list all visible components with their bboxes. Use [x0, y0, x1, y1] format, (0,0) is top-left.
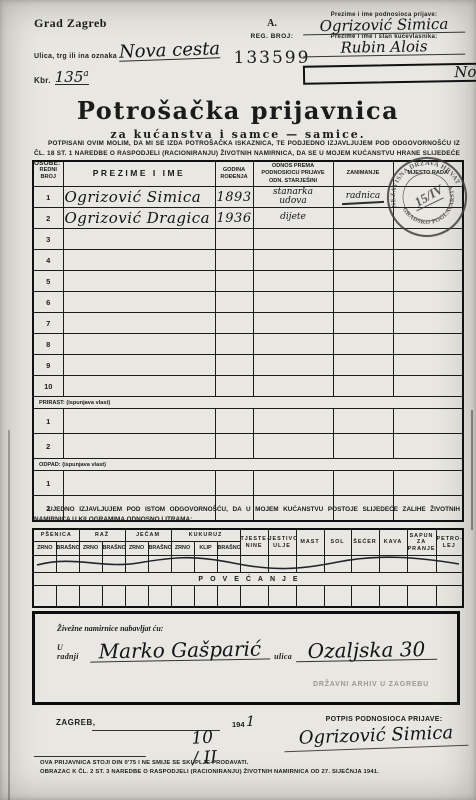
year-handwritten: 1 — [246, 714, 255, 730]
supplies-table: PŠENICA RAŽ JEČAM KUKURUZ TJESTE- NINE J… — [32, 528, 464, 608]
relation-cell: dijete — [253, 208, 333, 229]
supply-cell — [171, 556, 194, 573]
kbr-label: Kbr. — [34, 76, 51, 85]
name-cell — [63, 376, 215, 397]
row-number: 2 — [33, 208, 63, 229]
name-cell — [63, 292, 215, 313]
occupation-cell — [333, 376, 393, 397]
name-cell — [63, 409, 215, 434]
relation-cell — [253, 313, 333, 334]
name-cell — [63, 355, 215, 376]
supply-cell — [436, 556, 463, 573]
household-row-9: 9 — [33, 355, 463, 376]
sub-brasno: BRAŠNO — [102, 542, 125, 556]
occupation-cell — [333, 229, 393, 250]
supply-cell — [324, 556, 351, 573]
supply-cell — [268, 586, 296, 608]
name-cell: Ogrizović Dragica — [63, 208, 215, 229]
occupation-cell — [333, 409, 393, 434]
occupation-cell — [333, 208, 393, 229]
povecanje-label: POVEĆANJE — [33, 573, 463, 586]
year-cell — [215, 292, 253, 313]
sub-zrno: ZRNO — [171, 542, 194, 556]
col-jecam: JEČAM — [125, 529, 171, 542]
supply-cell — [240, 556, 268, 573]
row-number: 7 — [33, 313, 63, 334]
sub-brasno: BRAŠNO — [217, 542, 240, 556]
supply-cell — [148, 556, 171, 573]
year-cell — [215, 471, 253, 496]
scanned-form: Grad Zagreb Ulica, trg ili ina oznaka No… — [0, 0, 476, 800]
supply-cell — [296, 556, 324, 573]
supply-cell — [217, 556, 240, 573]
supply-cell — [351, 556, 379, 573]
household-row-5: 5 — [33, 271, 463, 292]
supplies-data-row-1 — [33, 556, 463, 573]
row-number: 10 — [33, 376, 63, 397]
supply-cell — [379, 556, 407, 573]
supplies-data-row-2 — [33, 586, 463, 608]
occupation-cell — [333, 313, 393, 334]
landlord-address-handwritten: Nova cesta 135 a — [303, 58, 476, 85]
fineprint-line-1: OVA PRIJAVNICA STOJI DIN 0'75 I NE SMIJE… — [40, 760, 249, 766]
relation-cell — [253, 229, 333, 250]
sub-brasno: BRAŠNO — [148, 542, 171, 556]
odpad-band: ODPAD: (ispunjava vlast) — [33, 459, 463, 471]
supply-cell — [148, 586, 171, 608]
shop-line: U radnji Marko Gašparić ulica Ozaljska 3… — [57, 640, 437, 661]
year-cell — [215, 334, 253, 355]
work-cell — [393, 376, 463, 397]
year-cell: 1936 — [215, 208, 253, 229]
prirast-row-2: 2 — [33, 434, 463, 459]
odpad-row-1: 1 — [33, 471, 463, 496]
col-secer: ŠEĆER — [351, 529, 379, 556]
work-cell — [393, 313, 463, 334]
prirast-row-1: 1 — [33, 409, 463, 434]
col-jestivo-ulje: JESTIVO ULJE — [268, 529, 296, 556]
name-cell — [63, 471, 215, 496]
row-number: 3 — [33, 229, 63, 250]
supply-cell — [102, 556, 125, 573]
street-row: Ulica, trg ili ina oznaka Nova cesta — [34, 43, 234, 60]
supply-cell — [268, 556, 296, 573]
shop-name-handwritten: Marko Gašparić — [90, 638, 270, 662]
supply-cell — [33, 586, 56, 608]
col-odnos: ODNOS PREMA PODNOSIOCU PRIJAVE ODN. STAR… — [253, 161, 333, 187]
fineprint-line-2: OBRAZAC K ČL. 2 ST. 3 NAREDBE O RASPODJE… — [40, 769, 379, 775]
name-cell — [63, 229, 215, 250]
year-cell — [215, 434, 253, 459]
povecanje-band: POVEĆANJE — [33, 573, 463, 586]
supply-cell — [436, 586, 463, 608]
prirast-band: PRIRAST: (ispunjava vlast) — [33, 397, 463, 409]
year-printed: 194 — [232, 720, 245, 729]
occupation-cell — [333, 355, 393, 376]
household-row-6: 6 — [33, 292, 463, 313]
ulica-label: ulica — [274, 652, 292, 661]
year-cell — [215, 271, 253, 292]
supply-cell — [33, 556, 56, 573]
year-cell — [215, 229, 253, 250]
sub-klip: KLIP — [194, 542, 217, 556]
name-cell — [63, 313, 215, 334]
supply-cell — [351, 586, 379, 608]
supply-cell — [407, 556, 436, 573]
street-label: Ulica, trg ili ina oznaka — [34, 53, 117, 60]
row-number: 6 — [33, 292, 63, 313]
supply-cell — [407, 586, 436, 608]
supply-cell — [217, 586, 240, 608]
shop-box-title: Živežne namirnice nabavljat ću: — [57, 624, 163, 633]
supply-cell — [324, 586, 351, 608]
relation-cell — [253, 376, 333, 397]
occupation-cell — [333, 434, 393, 459]
odpad-label: ODPAD: (ispunjava vlast) — [33, 459, 463, 471]
work-cell — [393, 292, 463, 313]
occupation-cell — [333, 250, 393, 271]
supplies-declaration: UJEDNO IZJAVLJUJEM POD ISTOM ODGOVORNOŠĆ… — [34, 505, 460, 524]
col-kava: KAVA — [379, 529, 407, 556]
col-godina-rodjenja: GODINA ROĐENJA — [215, 161, 253, 187]
col-redni-broj: REDNI BROJ — [33, 161, 63, 187]
shop-street-handwritten: Ozaljska 30 — [296, 639, 437, 662]
place-label: ZAGREB, — [56, 718, 96, 727]
relation-cell — [253, 292, 333, 313]
year-cell — [215, 376, 253, 397]
supply-cell — [79, 556, 102, 573]
col-tjestenine: TJESTE- NINE — [240, 529, 268, 556]
prirast-label: PRIRAST: (ispunjava vlast) — [33, 397, 463, 409]
name-cell — [63, 271, 215, 292]
street-handwritten: Nova cesta — [119, 41, 221, 62]
supply-cell — [125, 586, 148, 608]
occupation-cell — [333, 471, 393, 496]
col-petrolej: PETRO- LEJ — [436, 529, 463, 556]
supply-cell — [79, 586, 102, 608]
relation-cell — [253, 355, 333, 376]
work-cell — [393, 271, 463, 292]
supply-cell — [171, 586, 194, 608]
work-cell — [393, 334, 463, 355]
col-kukuruz: KUKURUZ — [171, 529, 240, 542]
sub-zrno: ZRNO — [79, 542, 102, 556]
col-prezime-ime: PREZIME I IME — [63, 161, 215, 187]
name-cell — [63, 334, 215, 355]
supply-cell — [379, 586, 407, 608]
relation-cell — [253, 271, 333, 292]
col-psenica: PŠENICA — [33, 529, 79, 542]
date-underline: 10 / II — [92, 730, 220, 731]
work-cell — [393, 355, 463, 376]
col-sol: SOL — [324, 529, 351, 556]
sub-zrno: ZRNO — [33, 542, 56, 556]
occupation-cell — [333, 334, 393, 355]
row-number: 1 — [33, 409, 63, 434]
kbr-handwritten: 135a — [55, 68, 89, 85]
supply-cell — [194, 556, 217, 573]
city-name: Grad Zagreb — [34, 16, 234, 31]
col-raz: RAŽ — [79, 529, 125, 542]
name-cell — [63, 434, 215, 459]
relation-cell — [253, 409, 333, 434]
relation-cell — [253, 334, 333, 355]
row-number: 5 — [33, 271, 63, 292]
year-cell — [215, 250, 253, 271]
house-number-row: Kbr. 135a — [34, 68, 234, 85]
row-number: 2 — [33, 434, 63, 459]
relation-cell — [253, 434, 333, 459]
supply-cell — [296, 586, 324, 608]
row-number: 1 — [33, 471, 63, 496]
row-number: 9 — [33, 355, 63, 376]
supply-cell — [194, 586, 217, 608]
occupation-cell — [333, 292, 393, 313]
row-number: 1 — [33, 187, 63, 208]
applicant-handwritten: Ogrizović Simica — [303, 17, 465, 36]
row-number: 8 — [33, 334, 63, 355]
relation-cell — [253, 471, 333, 496]
landlord-handwritten: Rubin Alois — [303, 39, 465, 58]
name-cell: Ogrizović Simica — [63, 187, 215, 208]
supply-cell — [125, 556, 148, 573]
form-title: Potrošačka prijavnica — [0, 96, 476, 125]
row-number: 4 — [33, 250, 63, 271]
work-cell — [393, 409, 463, 434]
supplies-table-wrap: PŠENICA RAŽ JEČAM KUKURUZ TJESTE- NINE J… — [32, 528, 464, 608]
year-cell — [215, 313, 253, 334]
crossed-out-scribble — [342, 201, 384, 205]
fineprint-rule — [34, 756, 146, 757]
relation-cell — [253, 250, 333, 271]
relation-cell: stanarka udova — [253, 187, 333, 208]
col-mast: MAST — [296, 529, 324, 556]
supply-cell — [56, 556, 79, 573]
household-row-10: 10 — [33, 376, 463, 397]
name-cell — [63, 250, 215, 271]
form-title-block: Potrošačka prijavnica za kućanstva i sam… — [0, 96, 476, 141]
supply-cell — [56, 586, 79, 608]
header-right: Prezime i ime podnosioca prijave: Ogrizo… — [303, 12, 465, 81]
work-cell — [393, 434, 463, 459]
sub-zrno: ZRNO — [125, 542, 148, 556]
header-left: Grad Zagreb Ulica, trg ili ina oznaka No… — [34, 16, 234, 85]
occupation-cell — [333, 271, 393, 292]
work-cell — [393, 471, 463, 496]
signature-handwritten: Ogrizović Simica — [284, 721, 469, 752]
year-cell: 1893 — [215, 187, 253, 208]
sub-brasno: BRAŠNO — [56, 542, 79, 556]
year-cell — [215, 355, 253, 376]
year-cell — [215, 409, 253, 434]
supplies-group-header: PŠENICA RAŽ JEČAM KUKURUZ TJESTE- NINE J… — [33, 529, 463, 542]
u-radnji-label: U radnji — [57, 643, 86, 661]
archive-stamp-text: DRŽAVNI ARHIV U ZAGREBU — [313, 681, 429, 688]
household-row-8: 8 — [33, 334, 463, 355]
supply-cell — [240, 586, 268, 608]
household-row-4: 4 — [33, 250, 463, 271]
shop-declaration-box: Živežne namirnice nabavljat ću: U radnji… — [32, 611, 460, 705]
household-row-7: 7 — [33, 313, 463, 334]
col-sapun: SAPUN ZA PRANJE — [407, 529, 436, 556]
supply-cell — [102, 586, 125, 608]
